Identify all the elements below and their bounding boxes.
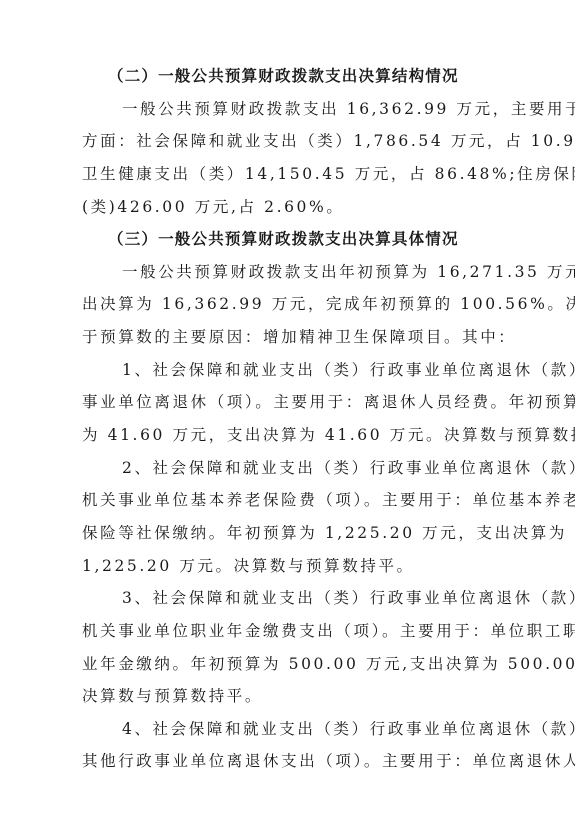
item-2-line: 机关事业单位基本养老保险费（项）。主要用于：单位基本养老 — [82, 484, 498, 517]
item-4-line: 4、社会保障和就业支出（类）行政事业单位离退休（款） — [82, 713, 498, 746]
item-1-line: 为 41.60 万元，支出决算为 41.60 万元。决算数与预算数持平。 — [82, 419, 498, 452]
item-3-line: 机关事业单位职业年金缴费支出（项）。主要用于：单位职工职 — [82, 615, 498, 648]
paragraph-line: 方面：社会保障和就业支出（类）1,786.54 万元，占 10.92%; — [82, 125, 498, 158]
item-3-line: 3、社会保障和就业支出（类）行政事业单位离退休（款） — [82, 582, 498, 615]
section-heading-structure: （二）一般公共预算财政拨款支出决算结构情况 — [82, 60, 498, 93]
paragraph-line: 出决算为 16,362.99 万元，完成年初预算的 100.56%。决算数大 — [82, 288, 498, 321]
item-3-line: 业年金缴纳。年初预算为 500.00 万元,支出决算为 500.00 万元。 — [82, 648, 498, 681]
paragraph-line: (类)426.00 万元,占 2.60%。 — [82, 191, 498, 224]
item-4-line: 其他行政事业单位离退休支出（项）。主要用于：单位离退休人 — [82, 745, 498, 778]
paragraph-line: 于预算数的主要原因：增加精神卫生保障项目。其中： — [82, 321, 498, 354]
document-page: （二）一般公共预算财政拨款支出决算结构情况 一般公共预算财政拨款支出 16,36… — [82, 60, 498, 778]
item-1-line: 1、社会保障和就业支出（类）行政事业单位离退休（款） — [82, 354, 498, 387]
item-2-line: 1,225.20 万元。决算数与预算数持平。 — [82, 550, 498, 583]
item-2-line: 保险等社保缴纳。年初预算为 1,225.20 万元，支出决算为 — [82, 517, 498, 550]
paragraph-line: 一般公共预算财政拨款支出 16,362.99 万元，主要用于以下 — [82, 93, 498, 126]
item-2-line: 2、社会保障和就业支出（类）行政事业单位离退休（款） — [82, 452, 498, 485]
section-heading-detail: （三）一般公共预算财政拨款支出决算具体情况 — [82, 223, 498, 256]
item-1-line: 事业单位离退休（项）。主要用于：离退休人员经费。年初预算 — [82, 386, 498, 419]
paragraph-line: 卫生健康支出（类）14,150.45 万元，占 86.48%;住房保障支出 — [82, 158, 498, 191]
item-3-line: 决算数与预算数持平。 — [82, 680, 498, 713]
paragraph-line: 一般公共预算财政拨款支出年初预算为 16,271.35 万元，支 — [82, 256, 498, 289]
